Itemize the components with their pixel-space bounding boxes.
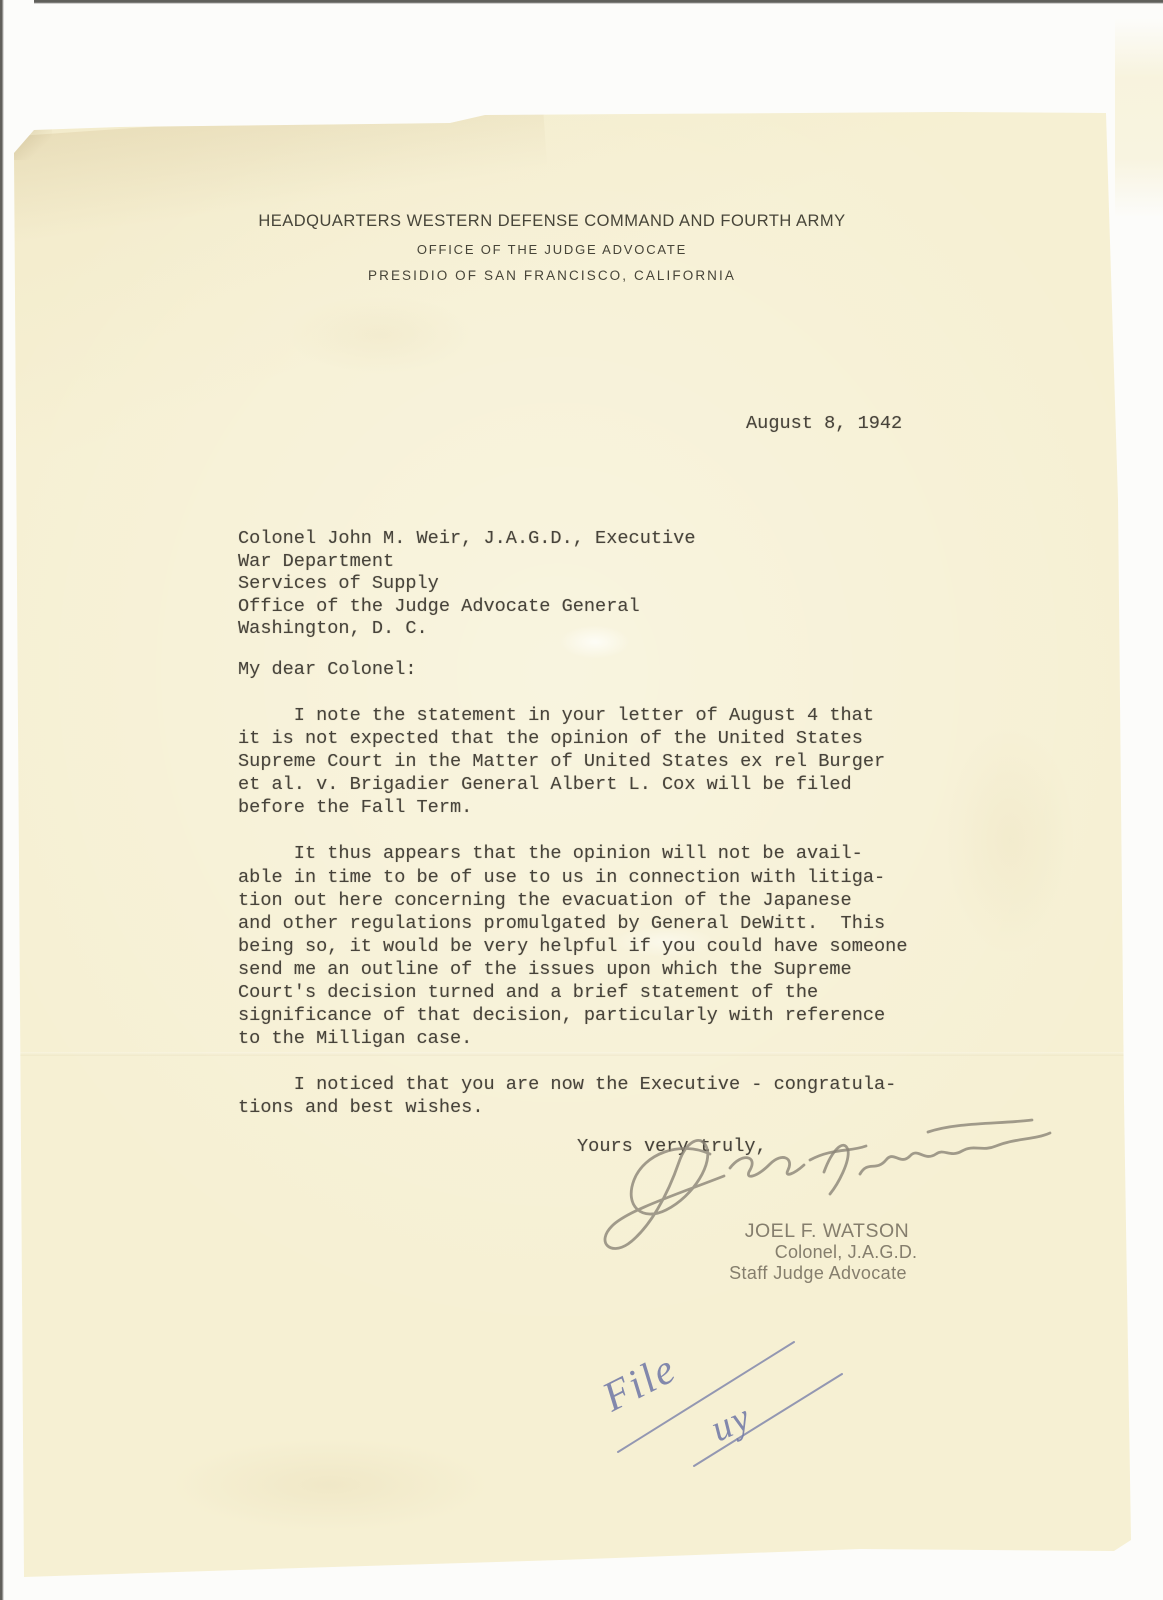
letterhead: HEADQUARTERS WESTERN DEFENSE COMMAND AND… xyxy=(152,211,952,284)
ghost-page-strip xyxy=(1115,18,1163,218)
signature-title: Staff Judge Advocate xyxy=(688,1263,948,1284)
scan-edge-left xyxy=(0,0,4,1600)
scan-edge-top xyxy=(34,0,1163,4)
letter-paper: HEADQUARTERS WESTERN DEFENSE COMMAND AND… xyxy=(0,0,1163,1600)
letter-body: I note the statement in your letter of A… xyxy=(238,704,948,1143)
letterhead-line-3: PRESIDIO OF SAN FRANCISCO, CALIFORNIA xyxy=(152,267,952,284)
file-annotation: File uy xyxy=(582,1300,872,1475)
file-initials: uy xyxy=(705,1396,759,1451)
address-line-1: Colonel John M. Weir, J.A.G.D., Executiv… xyxy=(238,528,695,551)
paper-stain xyxy=(110,1420,550,1550)
signature-rank: Colonel, J.A.G.D. xyxy=(716,1242,976,1263)
scanned-letter: HEADQUARTERS WESTERN DEFENSE COMMAND AND… xyxy=(0,0,1163,1600)
letterhead-line-2: OFFICE OF THE JUDGE ADVOCATE xyxy=(152,242,952,258)
file-annotation-ink: File uy xyxy=(582,1300,872,1475)
signature-block: JOEL F. WATSON Colonel, J.A.G.D. Staff J… xyxy=(692,1221,952,1284)
address-line-2: War Department xyxy=(238,551,695,574)
paper-stain xyxy=(250,280,510,390)
file-word: File xyxy=(595,1346,684,1422)
signature-stroke xyxy=(928,1120,1032,1132)
address-line-4: Office of the Judge Advocate General xyxy=(238,596,695,619)
corner-fold xyxy=(12,126,52,160)
address-line-3: Services of Supply xyxy=(238,573,695,596)
signature-name: JOEL F. WATSON xyxy=(697,1221,957,1242)
paragraph-2: It thus appears that the opinion will no… xyxy=(238,842,948,1050)
signature-stroke xyxy=(730,1157,804,1176)
paragraph-1: I note the statement in your letter of A… xyxy=(238,704,948,819)
recipient-address: Colonel John M. Weir, J.A.G.D., Executiv… xyxy=(238,528,695,641)
date-line: August 8, 1942 xyxy=(746,413,902,434)
salutation: My dear Colonel: xyxy=(238,659,417,680)
letterhead-line-1: HEADQUARTERS WESTERN DEFENSE COMMAND AND… xyxy=(152,211,952,231)
signature-stroke xyxy=(860,1133,1050,1174)
address-line-5: Washington, D. C. xyxy=(238,618,695,641)
